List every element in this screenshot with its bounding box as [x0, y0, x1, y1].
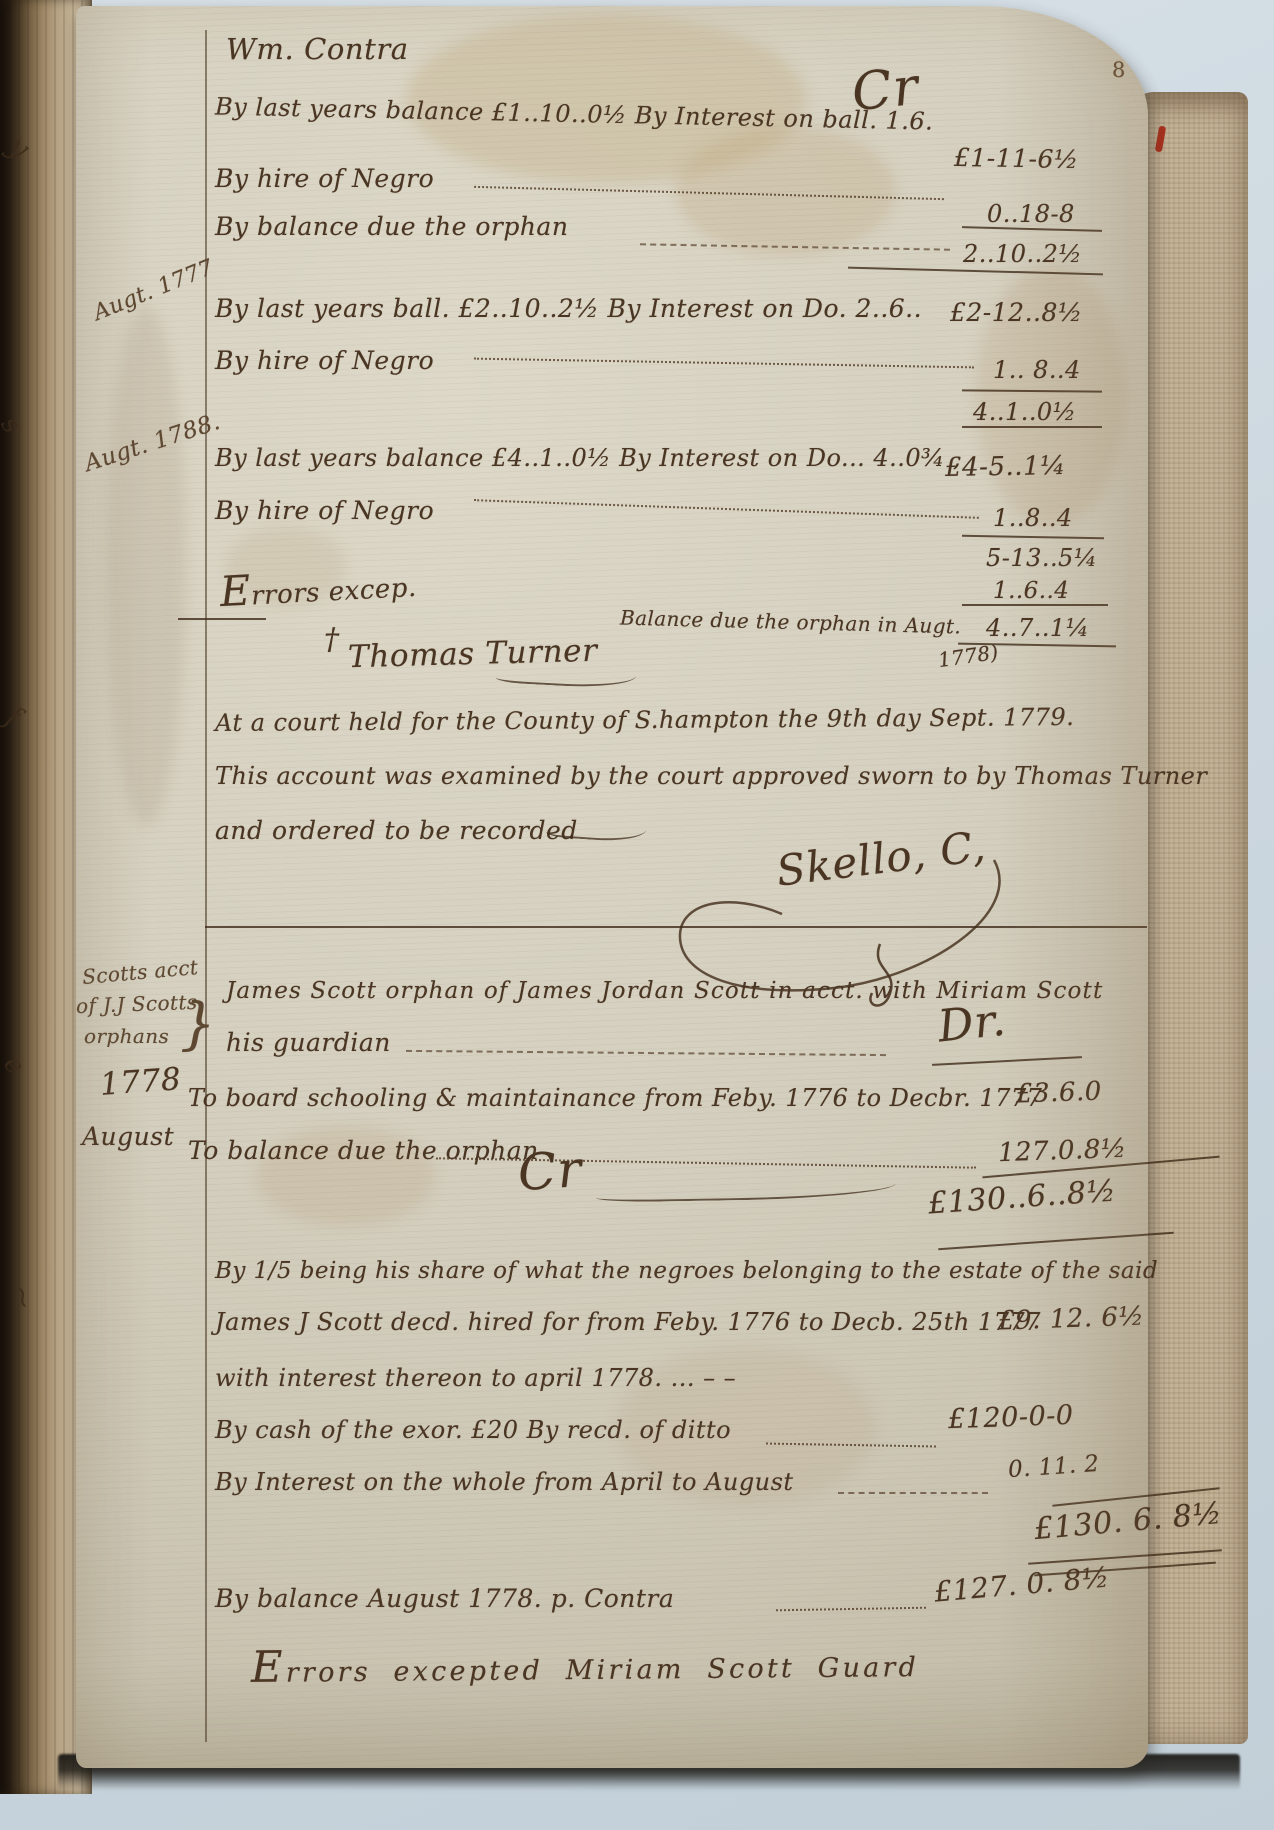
- dot-leader: [766, 1443, 936, 1448]
- entry-amount: £1-11-6½: [954, 143, 1079, 174]
- guardian-signature: Thomas Turner: [348, 633, 598, 676]
- entry-amount: 2..10..2½: [963, 240, 1082, 268]
- entry-amount: £120-0-0: [947, 1400, 1074, 1435]
- section-divider: [205, 926, 1147, 928]
- total-amount: £130..6..8½: [927, 1173, 1117, 1221]
- entry-amount: 1.. 8..4: [993, 356, 1081, 384]
- entry-text: By hire of Negro: [215, 496, 434, 525]
- entry-amount: £127. 0. 8½: [933, 1560, 1111, 1608]
- sum-rule: [962, 226, 1102, 232]
- balance-amount: 4..7..1¼: [986, 614, 1089, 642]
- dash-leader: [640, 243, 950, 250]
- entry-amount: 0. 11. 2: [1007, 1451, 1100, 1483]
- margin-date: Augt. 1788.: [81, 409, 223, 477]
- dot-leader: [776, 1607, 926, 1612]
- court-record-line: At a court held for the County of S.hamp…: [215, 703, 1074, 737]
- sum-rule: [962, 389, 1102, 392]
- entry-text: James J Scott decd. hired for from Feby.…: [215, 1308, 1041, 1336]
- entry-text: By balance August 1778. p. Contra: [215, 1584, 674, 1613]
- entry-amount: £4-5..1¼: [945, 451, 1066, 483]
- dash-leader: [838, 1492, 988, 1494]
- entry-text: To board schooling & maintainance from F…: [188, 1084, 1042, 1112]
- entry-text: By last years balance £1..10..0½ By Inte…: [215, 92, 934, 135]
- entry-text: By last years ball. £2..10..2½ By Intere…: [215, 294, 922, 323]
- entry-amount: £9. 12. 6½: [998, 1301, 1145, 1336]
- sum-rule: [938, 1232, 1174, 1250]
- section-header: Wm. Contra: [226, 32, 409, 66]
- margin-brace: }: [180, 992, 217, 1057]
- court-record-line: and ordered to be recorded: [215, 816, 578, 845]
- entry-text: By last years balance £4..1..0½ By Inter…: [215, 444, 961, 472]
- sum-rule: [962, 535, 1104, 539]
- signature-swash: [496, 668, 637, 689]
- balance-note: Balance due the orphan in Augt.: [620, 606, 962, 639]
- entry-text: By balance due the orphan: [215, 212, 568, 241]
- entry-text: To balance due the orphan: [188, 1136, 539, 1165]
- short-stroke: [178, 618, 266, 620]
- closing-attestation: Errors excepted Miriam Scott Guard: [251, 1645, 919, 1689]
- subtotal-amount: 5-13..5¼: [986, 544, 1098, 572]
- margin-note-line: orphans: [84, 1024, 169, 1048]
- ledger-photo: y s f e ~ 8 Wm. Contra Cr By last years …: [0, 0, 1274, 1830]
- dot-leader: [474, 186, 944, 200]
- entry-amount: £2-12..8½: [950, 298, 1083, 327]
- dash-leader: [406, 1050, 886, 1056]
- entry-text: By Interest on the whole from April to A…: [215, 1468, 794, 1496]
- sum-rule: [962, 604, 1108, 606]
- margin-note-line: Scotts acct: [81, 955, 199, 989]
- account-heading: his guardian: [226, 1028, 391, 1057]
- margin-month: August: [82, 1122, 174, 1151]
- paper-stain: [106, 306, 186, 826]
- interest-amount: 1..6..4: [993, 578, 1069, 604]
- margin-year: 1778: [99, 1061, 183, 1103]
- margin-rule: [205, 30, 207, 1742]
- debit-mark: Dr.: [936, 995, 1009, 1053]
- court-record-line: This account was examined by the court a…: [215, 762, 1207, 790]
- per-mark: †: [324, 622, 340, 657]
- entry-text: By 1/5 being his share of what the negro…: [215, 1258, 1158, 1284]
- page-number: 8: [1112, 58, 1126, 82]
- credit-mark-swash: [596, 1183, 896, 1202]
- entry-text: By hire of Negro: [215, 346, 434, 375]
- dot-leader: [474, 499, 979, 519]
- entry-amount: 127.0.8½: [998, 1134, 1128, 1168]
- subtotal-amount: 4..1..0½: [973, 398, 1076, 426]
- credit-mark: Cr: [516, 1140, 584, 1202]
- sum-rule: [962, 426, 1102, 428]
- entry-amount: 0..18-8: [987, 200, 1075, 228]
- entry-text: with interest thereon to april 1778. ...…: [215, 1364, 736, 1392]
- balance-note-year: 1778): [937, 640, 1000, 672]
- dot-leader: [474, 358, 974, 369]
- margin-date: Augt. 1777: [90, 255, 217, 326]
- entry-text: By cash of the exor. £20 By recd. of dit…: [215, 1416, 731, 1444]
- entry-text: By hire of Negro: [215, 164, 434, 193]
- ledger-page: 8 Wm. Contra Cr By last years balance £1…: [76, 6, 1148, 1768]
- sum-rule: [932, 1056, 1082, 1066]
- entry-amount: 1..8..4: [993, 504, 1073, 532]
- entry-amount: £3.6.0: [1016, 1077, 1103, 1110]
- errors-note: Errors excep.: [219, 565, 417, 613]
